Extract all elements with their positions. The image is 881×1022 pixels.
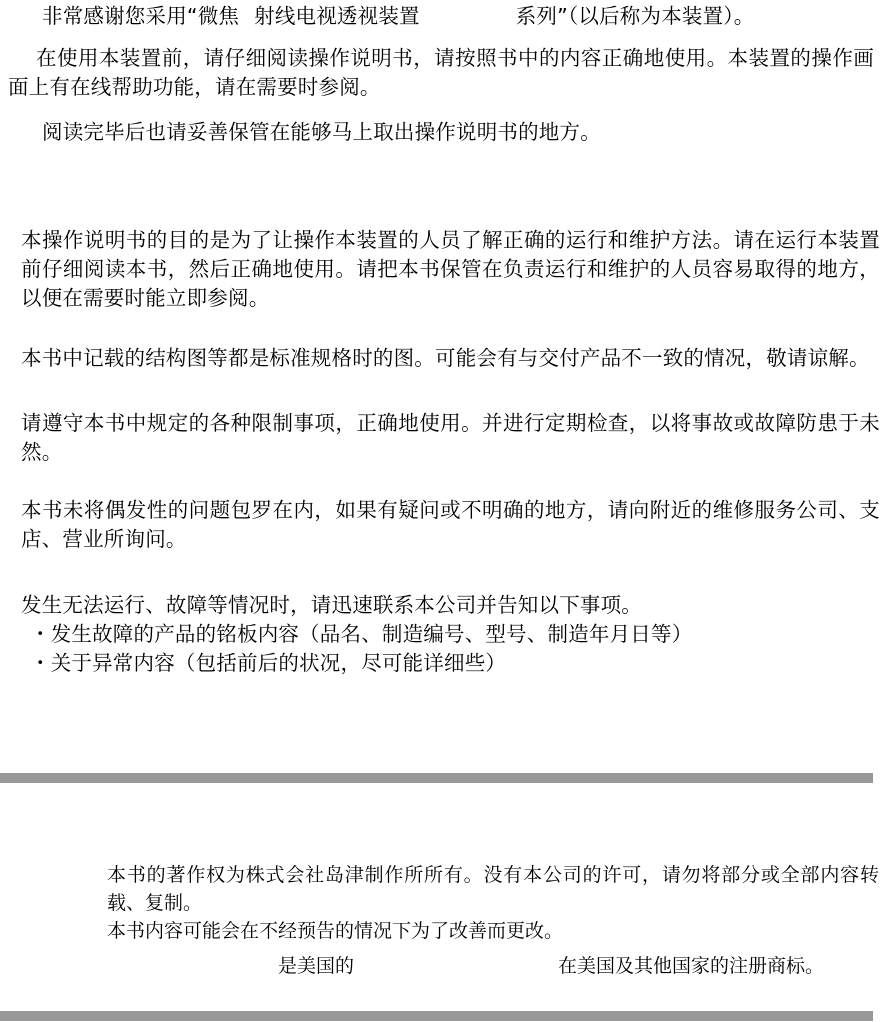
bullet-item-abnormality-text: 关于异常内容（包括前后的状况，尽可能详细些）	[51, 651, 506, 675]
bullet-item-abnormality: ・关于异常内容（包括前后的状况，尽可能详细些）	[30, 649, 875, 678]
intro-paragraph-thanks: 非常感谢您采用“微焦射线电视透视装置系列”（以后称为本装置）。	[8, 2, 874, 31]
body-paragraph-restrictions: 请遵守本书中规定的各种限制事项，正确地使用。并进行定期检查，以将事故或故障防患于…	[21, 409, 880, 467]
bullet-item-nameplate: ・发生故障的产品的铭板内容（品名、制造编号、型号、制造年月日等）	[30, 620, 875, 649]
trademark-segment-2: 在美国及其他国家的注册商标。	[558, 952, 824, 980]
body-paragraph-inquiries: 本书未将偶发性的问题包罗在内，如果有疑问或不明确的地方，请向附近的维修服务公司、…	[21, 496, 880, 554]
trademark-line: 是美国的在美国及其他国家的注册商标。	[107, 952, 879, 980]
intro-p1-segment-2: 射线电视透视装置	[254, 4, 420, 28]
bullet-dot-icon: ・	[30, 649, 51, 678]
intro-paragraph-keep-manual: 阅读完毕后也请妥善保管在能够马上取出操作说明书的地方。	[8, 118, 874, 147]
body-paragraph-failure-contact: 发生无法运行、故障等情况时，请迅速联系本公司并告知以下事项。	[21, 591, 880, 620]
intro-paragraph-read-manual: 在使用本装置前，请仔细阅读操作说明书，请按照书中的内容正确地使用。本装置的操作画…	[8, 44, 874, 102]
blank-product-letter	[239, 22, 254, 23]
trademark-segment-1: 是美国的	[278, 952, 354, 980]
blank-model-name	[420, 22, 516, 23]
intro-p1-segment-3: 系列”（以后称为本装置）。	[516, 4, 755, 28]
intro-p1-segment-1: 非常感谢您采用“微焦	[42, 4, 239, 28]
copyright-block: 本书的著作权为株式会社岛津制作所所有。没有本公司的许可，请勿将部分或全部内容转载…	[107, 861, 879, 980]
manual-preface-page: 非常感谢您采用“微焦射线电视透视装置系列”（以后称为本装置）。 在使用本装置前，…	[0, 0, 881, 1022]
body-paragraph-diagrams: 本书中记载的结构图等都是标准规格时的图。可能会有与交付产品不一致的情况，敬请谅解…	[21, 344, 880, 373]
section-divider-top	[0, 773, 873, 783]
revision-notice-text: 本书内容可能会在不经预告的情况下为了改善而更改。	[107, 917, 879, 945]
bullet-dot-icon: ・	[30, 620, 51, 649]
bullet-item-nameplate-text: 发生故障的产品的铭板内容（品名、制造编号、型号、制造年月日等）	[51, 622, 693, 646]
body-paragraph-purpose: 本操作说明书的目的是为了让操作本装置的人员了解正确的运行和维护方法。请在运行本装…	[21, 226, 880, 313]
section-divider-bottom	[0, 1011, 873, 1021]
copyright-text: 本书的著作权为株式会社岛津制作所所有。没有本公司的许可，请勿将部分或全部内容转载…	[107, 861, 879, 917]
